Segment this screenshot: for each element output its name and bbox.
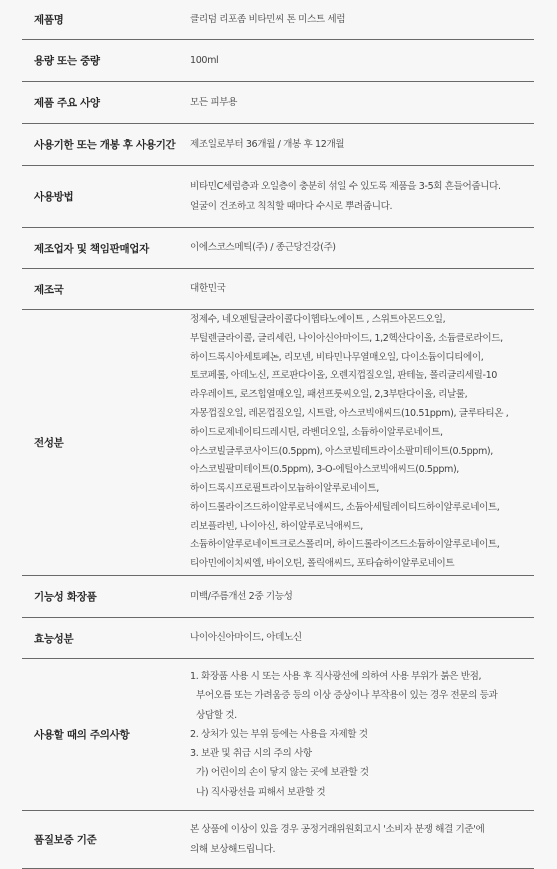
row-value: 비타민C세럼층과 오일층이 충분히 섞일 수 있도록 제품을 3-5회 흔들어줍… [190,177,534,216]
row-label: 제품 주요 사양 [22,95,190,110]
row-label: 전성분 [22,435,190,450]
row-value: 본 상품에 이상이 있을 경우 공정거래위원회고시 '소비자 분쟁 해결 기준'… [190,820,534,859]
row-label: 사용방법 [22,189,190,204]
row-cautions: 사용할 때의 주의사항 1. 화장품 사용 시 또는 사용 후 직사광선에 의하… [22,659,534,811]
row-value: 이에스코스메틱(주) / 종근당건강(주) [190,238,534,257]
row-value: 대한민국 [190,279,534,298]
row-label: 제조업자 및 책임판매업자 [22,241,190,256]
row-product-name: 제품명 클리덤 리포좀 비타민씨 톤 미스트 세럼 [22,0,534,40]
product-info-table: 제품명 클리덤 리포좀 비타민씨 톤 미스트 세럼 용량 또는 중량 100ml… [22,0,534,868]
row-main-spec: 제품 주요 사양 모든 피부용 [22,82,534,124]
row-label: 제조국 [22,282,190,297]
row-volume: 용량 또는 중량 100ml [22,40,534,82]
row-value: 100ml [190,51,534,70]
row-value: 정제수, 네오펜틸글라이콜다이헵타노에이트 , 스위트아몬드오일, 부틸렌글라이… [190,311,534,574]
row-label: 사용기한 또는 개봉 후 사용기간 [22,137,190,152]
row-value: 1. 화장품 사용 시 또는 사용 후 직사광선에 의하여 사용 부위가 붉은 … [190,667,534,802]
row-value: 제조일로부터 36개월 / 개봉 후 12개월 [190,135,534,154]
row-manufacturer: 제조업자 및 책임판매업자 이에스코스메틱(주) / 종근당건강(주) [22,228,534,269]
row-label: 기능성 화장품 [22,589,190,604]
row-usage: 사용방법 비타민C세럼층과 오일층이 충분히 섞일 수 있도록 제품을 3-5회… [22,166,534,228]
row-label: 효능성분 [22,631,190,646]
row-expiry: 사용기한 또는 개봉 후 사용기간 제조일로부터 36개월 / 개봉 후 12개… [22,124,534,166]
row-value: 클리덤 리포좀 비타민씨 톤 미스트 세럼 [190,10,534,29]
row-value: 모든 피부용 [190,93,534,112]
row-value: 나이아신아마이드, 아데노신 [190,628,534,647]
row-label: 제품명 [22,12,190,27]
row-label: 사용할 때의 주의사항 [22,727,190,742]
row-functional: 기능성 화장품 미백/주름개선 2중 기능성 [22,576,534,618]
row-country: 제조국 대한민국 [22,269,534,310]
row-label: 용량 또는 중량 [22,53,190,68]
row-active-ingredients: 효능성분 나이아신아마이드, 아데노신 [22,618,534,659]
row-label: 품질보증 기준 [22,832,190,847]
row-quality-guarantee: 품질보증 기준 본 상품에 이상이 있을 경우 공정거래위원회고시 '소비자 분… [22,811,534,868]
row-ingredients: 전성분 정제수, 네오펜틸글라이콜다이헵타노에이트 , 스위트아몬드오일, 부틸… [22,310,534,576]
row-value: 미백/주름개선 2중 기능성 [190,587,534,606]
